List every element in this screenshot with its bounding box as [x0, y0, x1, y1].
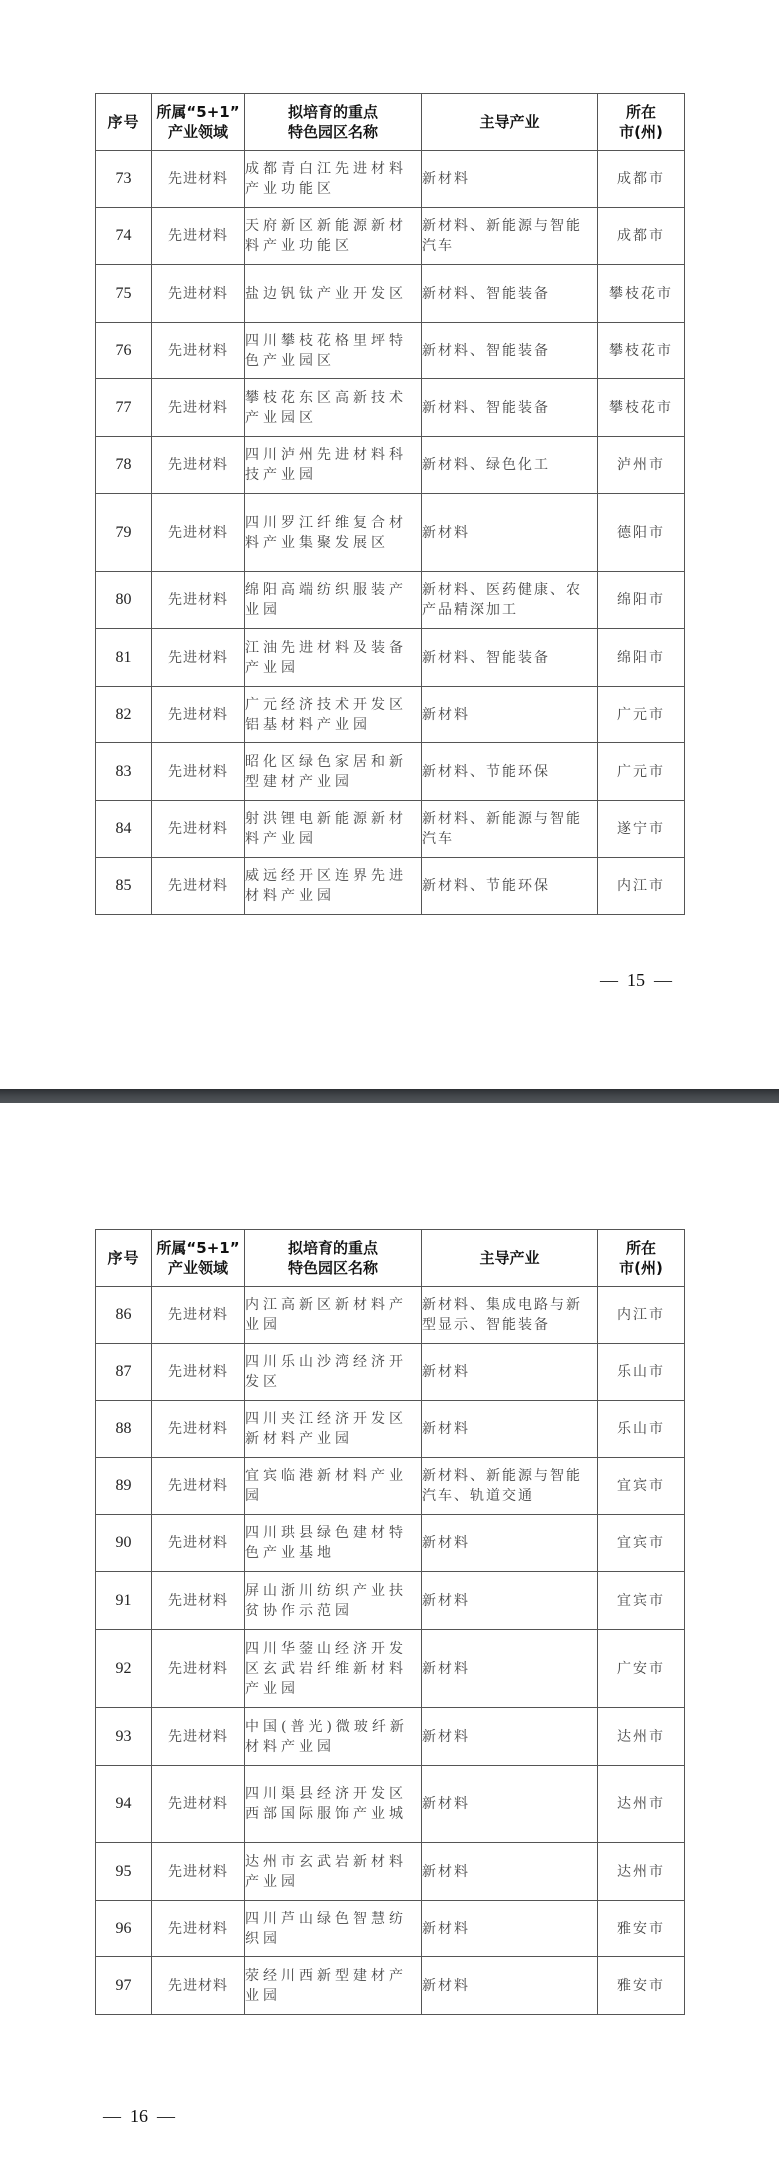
industry-field-cell: 先进材料 — [152, 1515, 245, 1572]
header-city: 所在市(州) — [598, 94, 685, 151]
row-number-cell: 75 — [96, 265, 152, 323]
leading-industry-cell: 新材料、节能环保 — [422, 858, 598, 915]
leading-industry-cell: 新材料 — [422, 687, 598, 743]
park-name-cell: 威远经开区连界先进材料产业园 — [245, 858, 422, 915]
industry-field-cell: 先进材料 — [152, 743, 245, 801]
header-city-label: 所在市(州) — [619, 1239, 663, 1277]
industry-field-cell: 先进材料 — [152, 858, 245, 915]
industry-field-cell: 先进材料 — [152, 379, 245, 437]
city-cell: 宜宾市 — [598, 1572, 685, 1630]
park-name-cell: 四川芦山绿色智慧纺织园 — [245, 1901, 422, 1957]
industry-field-cell: 先进材料 — [152, 437, 245, 494]
header-industry: 主导产业 — [422, 1230, 598, 1287]
industry-field-cell: 先进材料 — [152, 629, 245, 687]
park-name-cell: 四川罗江纤维复合材料产业集聚发展区 — [245, 494, 422, 572]
park-name-cell: 四川乐山沙湾经济开发区 — [245, 1344, 422, 1401]
row-number-cell: 85 — [96, 858, 152, 915]
row-number-cell: 94 — [96, 1766, 152, 1843]
leading-industry-cell: 新材料 — [422, 494, 598, 572]
header-field: 所属“5+1”产业领域 — [152, 1230, 245, 1287]
industry-field-cell: 先进材料 — [152, 208, 245, 265]
leading-industry-cell: 新材料 — [422, 1901, 598, 1957]
city-cell: 雅安市 — [598, 1901, 685, 1957]
park-name-cell: 内江高新区新材料产业园 — [245, 1287, 422, 1344]
header-industry: 主导产业 — [422, 94, 598, 151]
header-field: 所属“5+1”产业领域 — [152, 94, 245, 151]
table-row: 88先进材料四川夹江经济开发区新材料产业园新材料乐山市 — [96, 1401, 685, 1458]
row-number-cell: 78 — [96, 437, 152, 494]
row-number-cell: 97 — [96, 1957, 152, 2015]
city-cell: 内江市 — [598, 1287, 685, 1344]
city-cell: 达州市 — [598, 1843, 685, 1901]
park-name-cell: 四川夹江经济开发区新材料产业园 — [245, 1401, 422, 1458]
industry-field-cell: 先进材料 — [152, 494, 245, 572]
city-cell: 攀枝花市 — [598, 323, 685, 379]
row-number-cell: 95 — [96, 1843, 152, 1901]
row-number-cell: 73 — [96, 151, 152, 208]
table-row: 97先进材料荥经川西新型建材产业园新材料雅安市 — [96, 1957, 685, 2015]
leading-industry-cell: 新材料 — [422, 1766, 598, 1843]
row-number-cell: 77 — [96, 379, 152, 437]
table-body: 86先进材料内江高新区新材料产业园新材料、集成电路与新型显示、智能装备内江市87… — [96, 1287, 685, 2015]
header-no: 序号 — [96, 94, 152, 151]
industry-field-cell: 先进材料 — [152, 1287, 245, 1344]
park-name-cell: 射洪锂电新能源新材料产业园 — [245, 801, 422, 858]
leading-industry-cell: 新材料、节能环保 — [422, 743, 598, 801]
city-cell: 雅安市 — [598, 1957, 685, 2015]
row-number-cell: 83 — [96, 743, 152, 801]
park-name-cell: 江油先进材料及装备产业园 — [245, 629, 422, 687]
city-cell: 广元市 — [598, 743, 685, 801]
park-name-cell: 宜宾临港新材料产业园 — [245, 1458, 422, 1515]
table-row: 95先进材料达州市玄武岩新材料产业园新材料达州市 — [96, 1843, 685, 1901]
table-row: 77先进材料攀枝花东区高新技术产业园区新材料、智能装备攀枝花市 — [96, 379, 685, 437]
row-number-cell: 88 — [96, 1401, 152, 1458]
table-body: 73先进材料成都青白江先进材料产业功能区新材料成都市74先进材料天府新区新能源新… — [96, 151, 685, 915]
header-park-label: 拟培育的重点特色园区名称 — [288, 103, 378, 141]
city-cell: 达州市 — [598, 1708, 685, 1766]
leading-industry-cell: 新材料、新能源与智能汽车、轨道交通 — [422, 1458, 598, 1515]
row-number-cell: 93 — [96, 1708, 152, 1766]
industry-field-cell: 先进材料 — [152, 151, 245, 208]
leading-industry-cell: 新材料、新能源与智能汽车 — [422, 208, 598, 265]
industry-field-cell: 先进材料 — [152, 1957, 245, 2015]
park-name-cell: 四川泸州先进材料科技产业园 — [245, 437, 422, 494]
leading-industry-cell: 新材料 — [422, 1630, 598, 1708]
city-cell: 成都市 — [598, 208, 685, 265]
table-row: 91先进材料屏山浙川纺织产业扶贫协作示范园新材料宜宾市 — [96, 1572, 685, 1630]
city-cell: 广元市 — [598, 687, 685, 743]
city-cell: 绵阳市 — [598, 629, 685, 687]
industry-field-cell: 先进材料 — [152, 1458, 245, 1515]
row-number-cell: 84 — [96, 801, 152, 858]
park-name-cell: 达州市玄武岩新材料产业园 — [245, 1843, 422, 1901]
row-number-cell: 76 — [96, 323, 152, 379]
city-cell: 泸州市 — [598, 437, 685, 494]
table-row: 78先进材料四川泸州先进材料科技产业园新材料、绿色化工泸州市 — [96, 437, 685, 494]
header-park: 拟培育的重点特色园区名称 — [245, 1230, 422, 1287]
table-row: 96先进材料四川芦山绿色智慧纺织园新材料雅安市 — [96, 1901, 685, 1957]
industry-field-cell: 先进材料 — [152, 687, 245, 743]
table-row: 81先进材料江油先进材料及装备产业园新材料、智能装备绵阳市 — [96, 629, 685, 687]
row-number-cell: 90 — [96, 1515, 152, 1572]
park-name-cell: 天府新区新能源新材料产业功能区 — [245, 208, 422, 265]
city-cell: 乐山市 — [598, 1344, 685, 1401]
table-row: 82先进材料广元经济技术开发区铝基材料产业园新材料广元市 — [96, 687, 685, 743]
page-number: — 16 — — [103, 2106, 175, 2127]
park-name-cell: 昭化区绿色家居和新型建材产业园 — [245, 743, 422, 801]
table-header-row: 序号 所属“5+1”产业领域 拟培育的重点特色园区名称 主导产业 所在市(州) — [96, 94, 685, 151]
table-row: 74先进材料天府新区新能源新材料产业功能区新材料、新能源与智能汽车成都市 — [96, 208, 685, 265]
park-name-cell: 成都青白江先进材料产业功能区 — [245, 151, 422, 208]
page-separator — [0, 1089, 779, 1103]
row-number-cell: 82 — [96, 687, 152, 743]
leading-industry-cell: 新材料、智能装备 — [422, 379, 598, 437]
park-name-cell: 攀枝花东区高新技术产业园区 — [245, 379, 422, 437]
park-name-cell: 四川攀枝花格里坪特色产业园区 — [245, 323, 422, 379]
city-cell: 攀枝花市 — [598, 379, 685, 437]
leading-industry-cell: 新材料、新能源与智能汽车 — [422, 801, 598, 858]
city-cell: 遂宁市 — [598, 801, 685, 858]
leading-industry-cell: 新材料 — [422, 1843, 598, 1901]
table-row: 87先进材料四川乐山沙湾经济开发区新材料乐山市 — [96, 1344, 685, 1401]
leading-industry-cell: 新材料、医药健康、农产品精深加工 — [422, 572, 598, 629]
header-field-label: 所属“5+1”产业领域 — [156, 103, 239, 141]
park-name-cell: 四川华蓥山经济开发区玄武岩纤维新材料产业园 — [245, 1630, 422, 1708]
industry-field-cell: 先进材料 — [152, 1766, 245, 1843]
header-city: 所在市(州) — [598, 1230, 685, 1287]
industry-field-cell: 先进材料 — [152, 1843, 245, 1901]
leading-industry-cell: 新材料 — [422, 1708, 598, 1766]
park-name-cell: 四川珙县绿色建材特色产业基地 — [245, 1515, 422, 1572]
city-cell: 宜宾市 — [598, 1458, 685, 1515]
header-park: 拟培育的重点特色园区名称 — [245, 94, 422, 151]
table-row: 93先进材料中国(普光)微玻纤新材料产业园新材料达州市 — [96, 1708, 685, 1766]
table-row: 86先进材料内江高新区新材料产业园新材料、集成电路与新型显示、智能装备内江市 — [96, 1287, 685, 1344]
leading-industry-cell: 新材料 — [422, 1572, 598, 1630]
table-row: 79先进材料四川罗江纤维复合材料产业集聚发展区新材料德阳市 — [96, 494, 685, 572]
table-row: 75先进材料盐边钒钛产业开发区新材料、智能装备攀枝花市 — [96, 265, 685, 323]
park-name-cell: 中国(普光)微玻纤新材料产业园 — [245, 1708, 422, 1766]
table-row: 89先进材料宜宾临港新材料产业园新材料、新能源与智能汽车、轨道交通宜宾市 — [96, 1458, 685, 1515]
row-number-cell: 89 — [96, 1458, 152, 1515]
industry-field-cell: 先进材料 — [152, 265, 245, 323]
industry-field-cell: 先进材料 — [152, 572, 245, 629]
document-page-15: 序号 所属“5+1”产业领域 拟培育的重点特色园区名称 主导产业 所在市(州) … — [0, 0, 779, 1089]
parks-table: 序号 所属“5+1”产业领域 拟培育的重点特色园区名称 主导产业 所在市(州) … — [95, 93, 685, 915]
park-name-cell: 绵阳高端纺织服装产业园 — [245, 572, 422, 629]
table-header-row: 序号 所属“5+1”产业领域 拟培育的重点特色园区名称 主导产业 所在市(州) — [96, 1230, 685, 1287]
park-name-cell: 荥经川西新型建材产业园 — [245, 1957, 422, 2015]
header-city-label: 所在市(州) — [619, 103, 663, 141]
leading-industry-cell: 新材料、智能装备 — [422, 323, 598, 379]
industry-field-cell: 先进材料 — [152, 1708, 245, 1766]
city-cell: 内江市 — [598, 858, 685, 915]
table-row: 84先进材料射洪锂电新能源新材料产业园新材料、新能源与智能汽车遂宁市 — [96, 801, 685, 858]
row-number-cell: 92 — [96, 1630, 152, 1708]
park-name-cell: 屏山浙川纺织产业扶贫协作示范园 — [245, 1572, 422, 1630]
leading-industry-cell: 新材料 — [422, 1515, 598, 1572]
leading-industry-cell: 新材料 — [422, 1344, 598, 1401]
row-number-cell: 87 — [96, 1344, 152, 1401]
leading-industry-cell: 新材料 — [422, 1957, 598, 2015]
header-field-label: 所属“5+1”产业领域 — [156, 1239, 239, 1277]
document-page-16: 序号 所属“5+1”产业领域 拟培育的重点特色园区名称 主导产业 所在市(州) … — [0, 1103, 779, 2163]
page-number: — 15 — — [600, 970, 672, 991]
leading-industry-cell: 新材料、集成电路与新型显示、智能装备 — [422, 1287, 598, 1344]
row-number-cell: 79 — [96, 494, 152, 572]
table-row: 90先进材料四川珙县绿色建材特色产业基地新材料宜宾市 — [96, 1515, 685, 1572]
row-number-cell: 81 — [96, 629, 152, 687]
industry-field-cell: 先进材料 — [152, 801, 245, 858]
table-row: 83先进材料昭化区绿色家居和新型建材产业园新材料、节能环保广元市 — [96, 743, 685, 801]
table-row: 80先进材料绵阳高端纺织服装产业园新材料、医药健康、农产品精深加工绵阳市 — [96, 572, 685, 629]
industry-field-cell: 先进材料 — [152, 1572, 245, 1630]
table-row: 73先进材料成都青白江先进材料产业功能区新材料成都市 — [96, 151, 685, 208]
industry-field-cell: 先进材料 — [152, 1344, 245, 1401]
park-name-cell: 广元经济技术开发区铝基材料产业园 — [245, 687, 422, 743]
row-number-cell: 96 — [96, 1901, 152, 1957]
city-cell: 宜宾市 — [598, 1515, 685, 1572]
parks-table: 序号 所属“5+1”产业领域 拟培育的重点特色园区名称 主导产业 所在市(州) … — [95, 1229, 685, 2015]
industry-field-cell: 先进材料 — [152, 323, 245, 379]
city-cell: 乐山市 — [598, 1401, 685, 1458]
row-number-cell: 91 — [96, 1572, 152, 1630]
row-number-cell: 74 — [96, 208, 152, 265]
leading-industry-cell: 新材料、智能装备 — [422, 629, 598, 687]
city-cell: 成都市 — [598, 151, 685, 208]
city-cell: 达州市 — [598, 1766, 685, 1843]
table-row: 94先进材料四川渠县经济开发区西部国际服饰产业城新材料达州市 — [96, 1766, 685, 1843]
park-name-cell: 四川渠县经济开发区西部国际服饰产业城 — [245, 1766, 422, 1843]
leading-industry-cell: 新材料 — [422, 151, 598, 208]
city-cell: 广安市 — [598, 1630, 685, 1708]
city-cell: 德阳市 — [598, 494, 685, 572]
leading-industry-cell: 新材料、智能装备 — [422, 265, 598, 323]
industry-field-cell: 先进材料 — [152, 1630, 245, 1708]
city-cell: 绵阳市 — [598, 572, 685, 629]
industry-field-cell: 先进材料 — [152, 1401, 245, 1458]
table-row: 76先进材料四川攀枝花格里坪特色产业园区新材料、智能装备攀枝花市 — [96, 323, 685, 379]
table-row: 85先进材料威远经开区连界先进材料产业园新材料、节能环保内江市 — [96, 858, 685, 915]
city-cell: 攀枝花市 — [598, 265, 685, 323]
leading-industry-cell: 新材料 — [422, 1401, 598, 1458]
leading-industry-cell: 新材料、绿色化工 — [422, 437, 598, 494]
header-no: 序号 — [96, 1230, 152, 1287]
row-number-cell: 80 — [96, 572, 152, 629]
industry-field-cell: 先进材料 — [152, 1901, 245, 1957]
table-row: 92先进材料四川华蓥山经济开发区玄武岩纤维新材料产业园新材料广安市 — [96, 1630, 685, 1708]
header-park-label: 拟培育的重点特色园区名称 — [288, 1239, 378, 1277]
park-name-cell: 盐边钒钛产业开发区 — [245, 265, 422, 323]
row-number-cell: 86 — [96, 1287, 152, 1344]
